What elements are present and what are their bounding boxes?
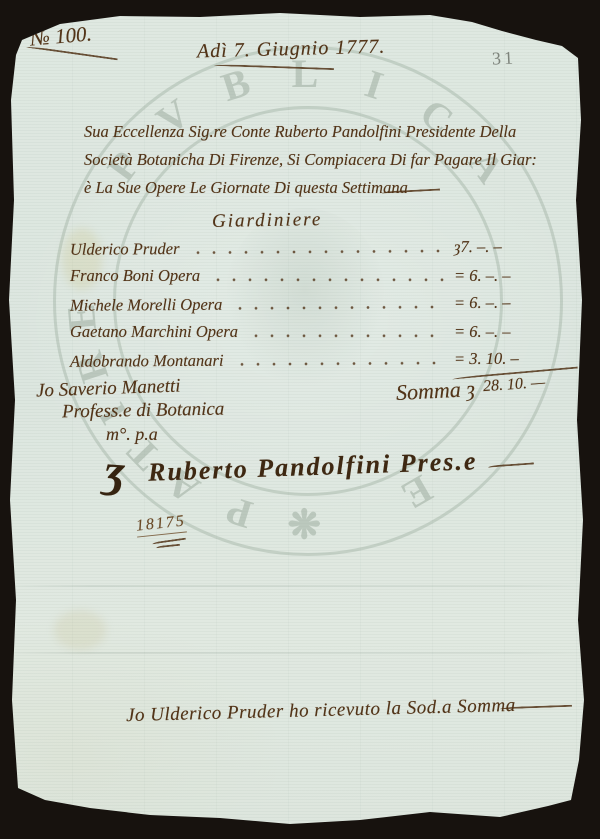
entry-name: Aldobrando Montanari (70, 351, 224, 372)
entry-name: Gaetano Marchini Opera (70, 322, 238, 342)
entry-row: Michele Morelli Opera = 6. –. – (70, 292, 572, 324)
receipt-acknowledgment: Jo Ulderico Pruder ho ricevuto la Sod.a … (126, 695, 516, 727)
entry-amount: ȝ7. –. – (454, 236, 572, 257)
fold-crease (0, 585, 600, 587)
section-heading: Giardiniere (212, 209, 323, 233)
date-line: Adì 7. Giugnio 1777. (197, 36, 386, 64)
dot-leader (234, 356, 445, 371)
dot-leader (210, 273, 444, 287)
total-line: Somma ȝ 28. 10. — (396, 378, 545, 404)
dot-leader (189, 244, 444, 260)
entry-row: Ulderico Pruder ȝ7. –. – (70, 236, 572, 268)
entry-name: Michele Morelli Opera (70, 295, 223, 316)
body-paragraph: Sua Eccellenza Sig.re Conte Ruberto Pand… (84, 118, 537, 202)
total-amount: 28. 10. — (482, 374, 545, 396)
body-line: Società Botanicha Di Firenze, Si Compiac… (84, 146, 537, 174)
paper-stain (54, 610, 106, 650)
registry-tick (152, 538, 186, 545)
scan-background: P V B L I C A E R I T A P E ❋ № 100. Adì… (0, 0, 600, 839)
body-line: Sua Eccellenza Sig.re Conte Ruberto Pand… (84, 118, 537, 146)
attestation-title: Profess.e di Botanica (62, 399, 225, 424)
dot-leader (248, 329, 444, 343)
stamp-ornament: ❋ (289, 498, 321, 546)
folio-number-pencil: 31 (491, 47, 516, 69)
registry-tick (156, 544, 180, 548)
registry-number: 18175 (135, 512, 187, 537)
entry-amount: = 6. –. – (454, 292, 572, 313)
signature-paraph: ʒ (102, 443, 127, 497)
total-label: Somma ȝ (395, 376, 475, 406)
attestation-manu-propria: m°. p.a (106, 424, 158, 445)
entry-amount: = 6. –. – (454, 322, 572, 342)
body-line: è La Sue Opere Le Giornate Di questa Set… (84, 174, 537, 202)
entry-name: Franco Boni Opera (70, 266, 200, 286)
entry-row: Franco Boni Opera = 6. –. – (70, 266, 572, 294)
entry-row: Gaetano Marchini Opera = 6. –. – (70, 322, 572, 350)
fold-crease (0, 652, 600, 654)
entry-amount: = 6. –. – (454, 266, 572, 286)
payment-entries: Ulderico Pruder ȝ7. –. – Franco Boni Ope… (70, 238, 572, 378)
entry-name: Ulderico Pruder (70, 239, 180, 260)
dot-leader (232, 300, 444, 315)
paper-sheet: P V B L I C A E R I T A P E ❋ № 100. Adì… (0, 0, 600, 839)
entry-amount: = 3. 10. – (454, 348, 572, 369)
